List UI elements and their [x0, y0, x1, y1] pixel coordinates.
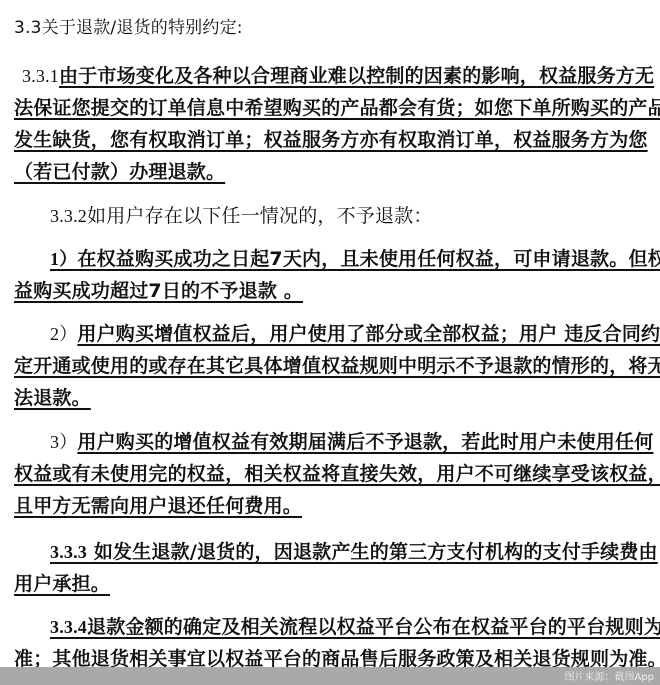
clause-3-3-1-line-3: 发生缺货，您有权取消订单；权益服务方亦有权取消订单，权益服务方为您	[14, 128, 648, 152]
section-heading-text: 3.3关于退款/退货的特别约定:	[14, 18, 243, 38]
item-marker: 3）	[50, 432, 77, 452]
item-marker: 1）	[50, 249, 77, 269]
clause-3-3-4-line-1: 3.3.4退款金额的确定及相关流程以权益平台公布在权益平台的平台规则为	[50, 615, 660, 639]
item-text-tail: 但权	[628, 248, 660, 270]
section-heading: 3.3关于退款/退货的特别约定:	[14, 16, 243, 40]
item-marker: 2）	[50, 324, 77, 344]
image-source-bar: 图片来源：截图App	[0, 667, 660, 685]
clause-3-3-2-item-3-line-1: 3）用户购买的增值权益有效期届满后不予退款，若此时用户未使用任何	[50, 430, 653, 454]
clause-number: 3.3.3	[50, 542, 87, 562]
clause-3-3-2-item-2-line-2: 定开通或使用的或存在其它具体增值权益规则中明示不予退款的情形的，将无	[14, 354, 660, 378]
clause-text: 如发生退款/退货的，因退款产生的第三方支付机构的支付手续费由	[87, 541, 658, 563]
clause-number: 3.3.4	[50, 617, 87, 637]
document-page: 3.3关于退款/退货的特别约定: 3.3.1由于市场变化及各种以合理商业难以控制…	[0, 0, 660, 685]
clause-3-3-2-item-2-line-1: 2）用户购买增值权益后，用户使用了部分或全部权益；用户 违反合同约	[50, 322, 660, 346]
clause-3-3-1-line-2: 法保证您提交的订单信息中希望购买的产品都会有货；如您下单所购买的产品	[14, 96, 660, 120]
clause-3-3-3-line-2: 用户承担。	[14, 572, 110, 596]
clause-number: 3.3.2	[50, 206, 87, 226]
clause-3-3-2-item-3-line-2: 权益或有未使用完的权益，相关权益将直接失效，用户不可继续享受该权益，	[14, 462, 660, 486]
clause-3-3-2-intro: 3.3.2如用户存在以下任一情况的，不予退款：	[50, 204, 433, 228]
clause-3-3-2-item-3-line-3: 且甲方无需向用户退还任何费用。	[14, 494, 302, 518]
clause-3-3-1-line-4: （若已付款）办理退款。	[14, 160, 225, 184]
clause-3-3-3-line-1: 3.3.3 如发生退款/退货的，因退款产生的第三方支付机构的支付手续费由	[50, 540, 658, 564]
clause-3-3-1-line-1: 3.3.1由于市场变化及各种以合理商业难以控制的因素的影响，权益服务方无	[22, 64, 654, 88]
clause-text: 如用户存在以下任一情况的，不予退款：	[87, 205, 433, 227]
image-source-caption: 图片来源：截图App	[564, 668, 654, 683]
clause-3-3-2-item-1-line-1: 1）在权益购买成功之日起7天内，且未使用任何权益，可申请退款。但权	[50, 247, 660, 271]
item-text: 用户购买增值权益后，用户使用了部分或全部权益；用户 违反合同约	[77, 323, 660, 345]
clause-text: 由于市场变化及各种以合理商业难以控制的因素的影响，权益服务方无	[59, 65, 654, 87]
item-text: 用户购买的增值权益有效期届满后不予退款，若此时用户未使用任何	[77, 431, 653, 453]
clause-3-3-2-item-1-line-2: 益购买成功超过7日的不予退款 。	[14, 279, 303, 303]
clause-3-3-2-item-2-line-3: 法退款。	[14, 386, 91, 410]
item-text: 在权益购买成功之日起7天内，且未使用任何权益，可申请退款。	[77, 248, 628, 270]
clause-text: 退款金额的确定及相关流程以权益平台公布在权益平台的平台规则为	[87, 616, 660, 638]
clause-number: 3.3.1	[22, 66, 59, 86]
